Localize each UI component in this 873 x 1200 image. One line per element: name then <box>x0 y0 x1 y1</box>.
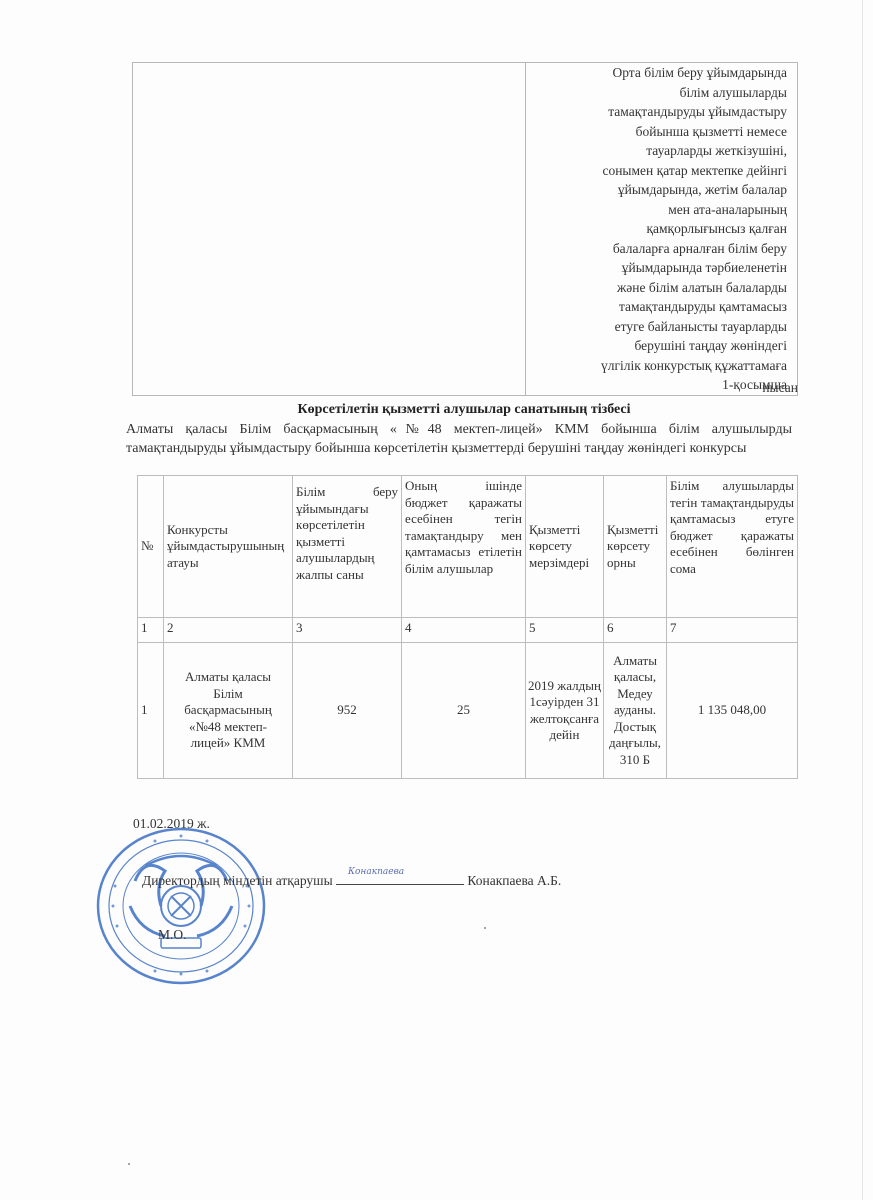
signature-scribble: Конакпаева <box>348 867 404 877</box>
recipients-table: № Конкурсты ұйымдастырушының атауы Білім… <box>137 475 798 779</box>
column-number: 2 <box>164 618 293 643</box>
document-date: 01.02.2019 ж. <box>133 816 210 832</box>
column-number: 4 <box>402 618 526 643</box>
appendix-line: мен ата-аналарының <box>526 200 787 220</box>
table-header-row: № Конкурсты ұйымдастырушының атауы Білім… <box>138 476 798 618</box>
appendix-line: ұйымдарында, жетім балалар <box>526 180 787 200</box>
appendix-line: тауарларды жеткізушіні, <box>526 141 787 161</box>
table-row: 1 Алматы қаласы Білім басқармасының «№48… <box>138 643 798 779</box>
scan-speck <box>484 927 486 929</box>
column-number: 6 <box>604 618 667 643</box>
column-number: 3 <box>293 618 402 643</box>
appendix-line: етуге байланысты тауарларды <box>526 317 787 337</box>
document-title: Көрсетілетін қызметті алушылар санатының… <box>130 402 798 418</box>
column-number: 7 <box>667 618 798 643</box>
appendix-line: Орта білім беру ұйымдарында <box>526 63 787 83</box>
appendix-line: және білім алатын балаларды <box>526 278 787 298</box>
table-column-numbers-row: 1 2 3 4 5 6 7 <box>138 618 798 643</box>
cell-total-recipients: 952 <box>293 643 402 779</box>
signature-line: Директордың міндетін атқарушы Конакпаева… <box>142 870 561 889</box>
header-budget-amount: Білім алушыларды тегін тамақтандыруды қа… <box>667 476 798 618</box>
header-total-recipients: Білім беру ұйымындағы көрсетілетін қызме… <box>293 476 402 618</box>
appendix-line: тамақтандыруды қамтамасыз <box>526 297 787 317</box>
appendix-line: үлгілік конкурстық құжаттамаға <box>526 356 787 376</box>
form-label: нысан <box>762 380 798 396</box>
seal-label: М.О. <box>158 927 187 943</box>
appendix-line: бойынша қызметті немесе <box>526 122 787 142</box>
appendix-header-table: Орта білім беру ұйымдарында білім алушыл… <box>132 62 798 396</box>
cell-service-place: Алматы қаласы, Медеу ауданы. Достық даңғ… <box>604 643 667 779</box>
empty-cell <box>133 63 526 396</box>
appendix-line: берушіні таңдау жөніндегі <box>526 336 787 356</box>
cell-organizer: Алматы қаласы Білім басқармасының «№48 м… <box>164 643 293 779</box>
appendix-line: балаларға арналған білім беру <box>526 239 787 259</box>
cell-service-period: 2019 жалдың 1сәуірден 31 желтоқсанға дей… <box>526 643 604 779</box>
column-number: 5 <box>526 618 604 643</box>
document-subtitle: Алматы қаласы Білім басқармасының «№48 м… <box>126 420 792 458</box>
header-service-place: Қызметті көрсету орны <box>604 476 667 618</box>
header-organizer: Конкурсты ұйымдастырушының атауы <box>164 476 293 618</box>
official-stamp-icon <box>95 826 267 986</box>
signer-name: Конакпаева А.Б. <box>467 873 561 888</box>
appendix-line: тамақтандыруды ұйымдастыру <box>526 102 787 122</box>
appendix-note: Орта білім беру ұйымдарында білім алушыл… <box>526 63 798 396</box>
appendix-line: 1-қосымша <box>526 375 787 395</box>
column-number: 1 <box>138 618 164 643</box>
signer-role: Директордың міндетін атқарушы <box>142 873 333 888</box>
header-free-meal-recipients: Оның ішінде бюджет қаражаты есебінен тег… <box>402 476 526 618</box>
cell-no: 1 <box>138 643 164 779</box>
scan-speck <box>128 1163 130 1165</box>
appendix-line: ұйымдарында тәрбиеленетін <box>526 258 787 278</box>
header-service-period: Қызметті көрсету мерзімдері <box>526 476 604 618</box>
signature-field: Конакпаева <box>336 870 464 885</box>
page-edge <box>862 0 863 1200</box>
cell-free-meal-recipients: 25 <box>402 643 526 779</box>
appendix-line: сонымен қатар мектепке дейінгі <box>526 161 787 181</box>
header-no: № <box>138 476 164 618</box>
appendix-line: қамқорлығынсыз қалған <box>526 219 787 239</box>
appendix-line: білім алушыларды <box>526 83 787 103</box>
cell-budget-amount: 1 135 048,00 <box>667 643 798 779</box>
